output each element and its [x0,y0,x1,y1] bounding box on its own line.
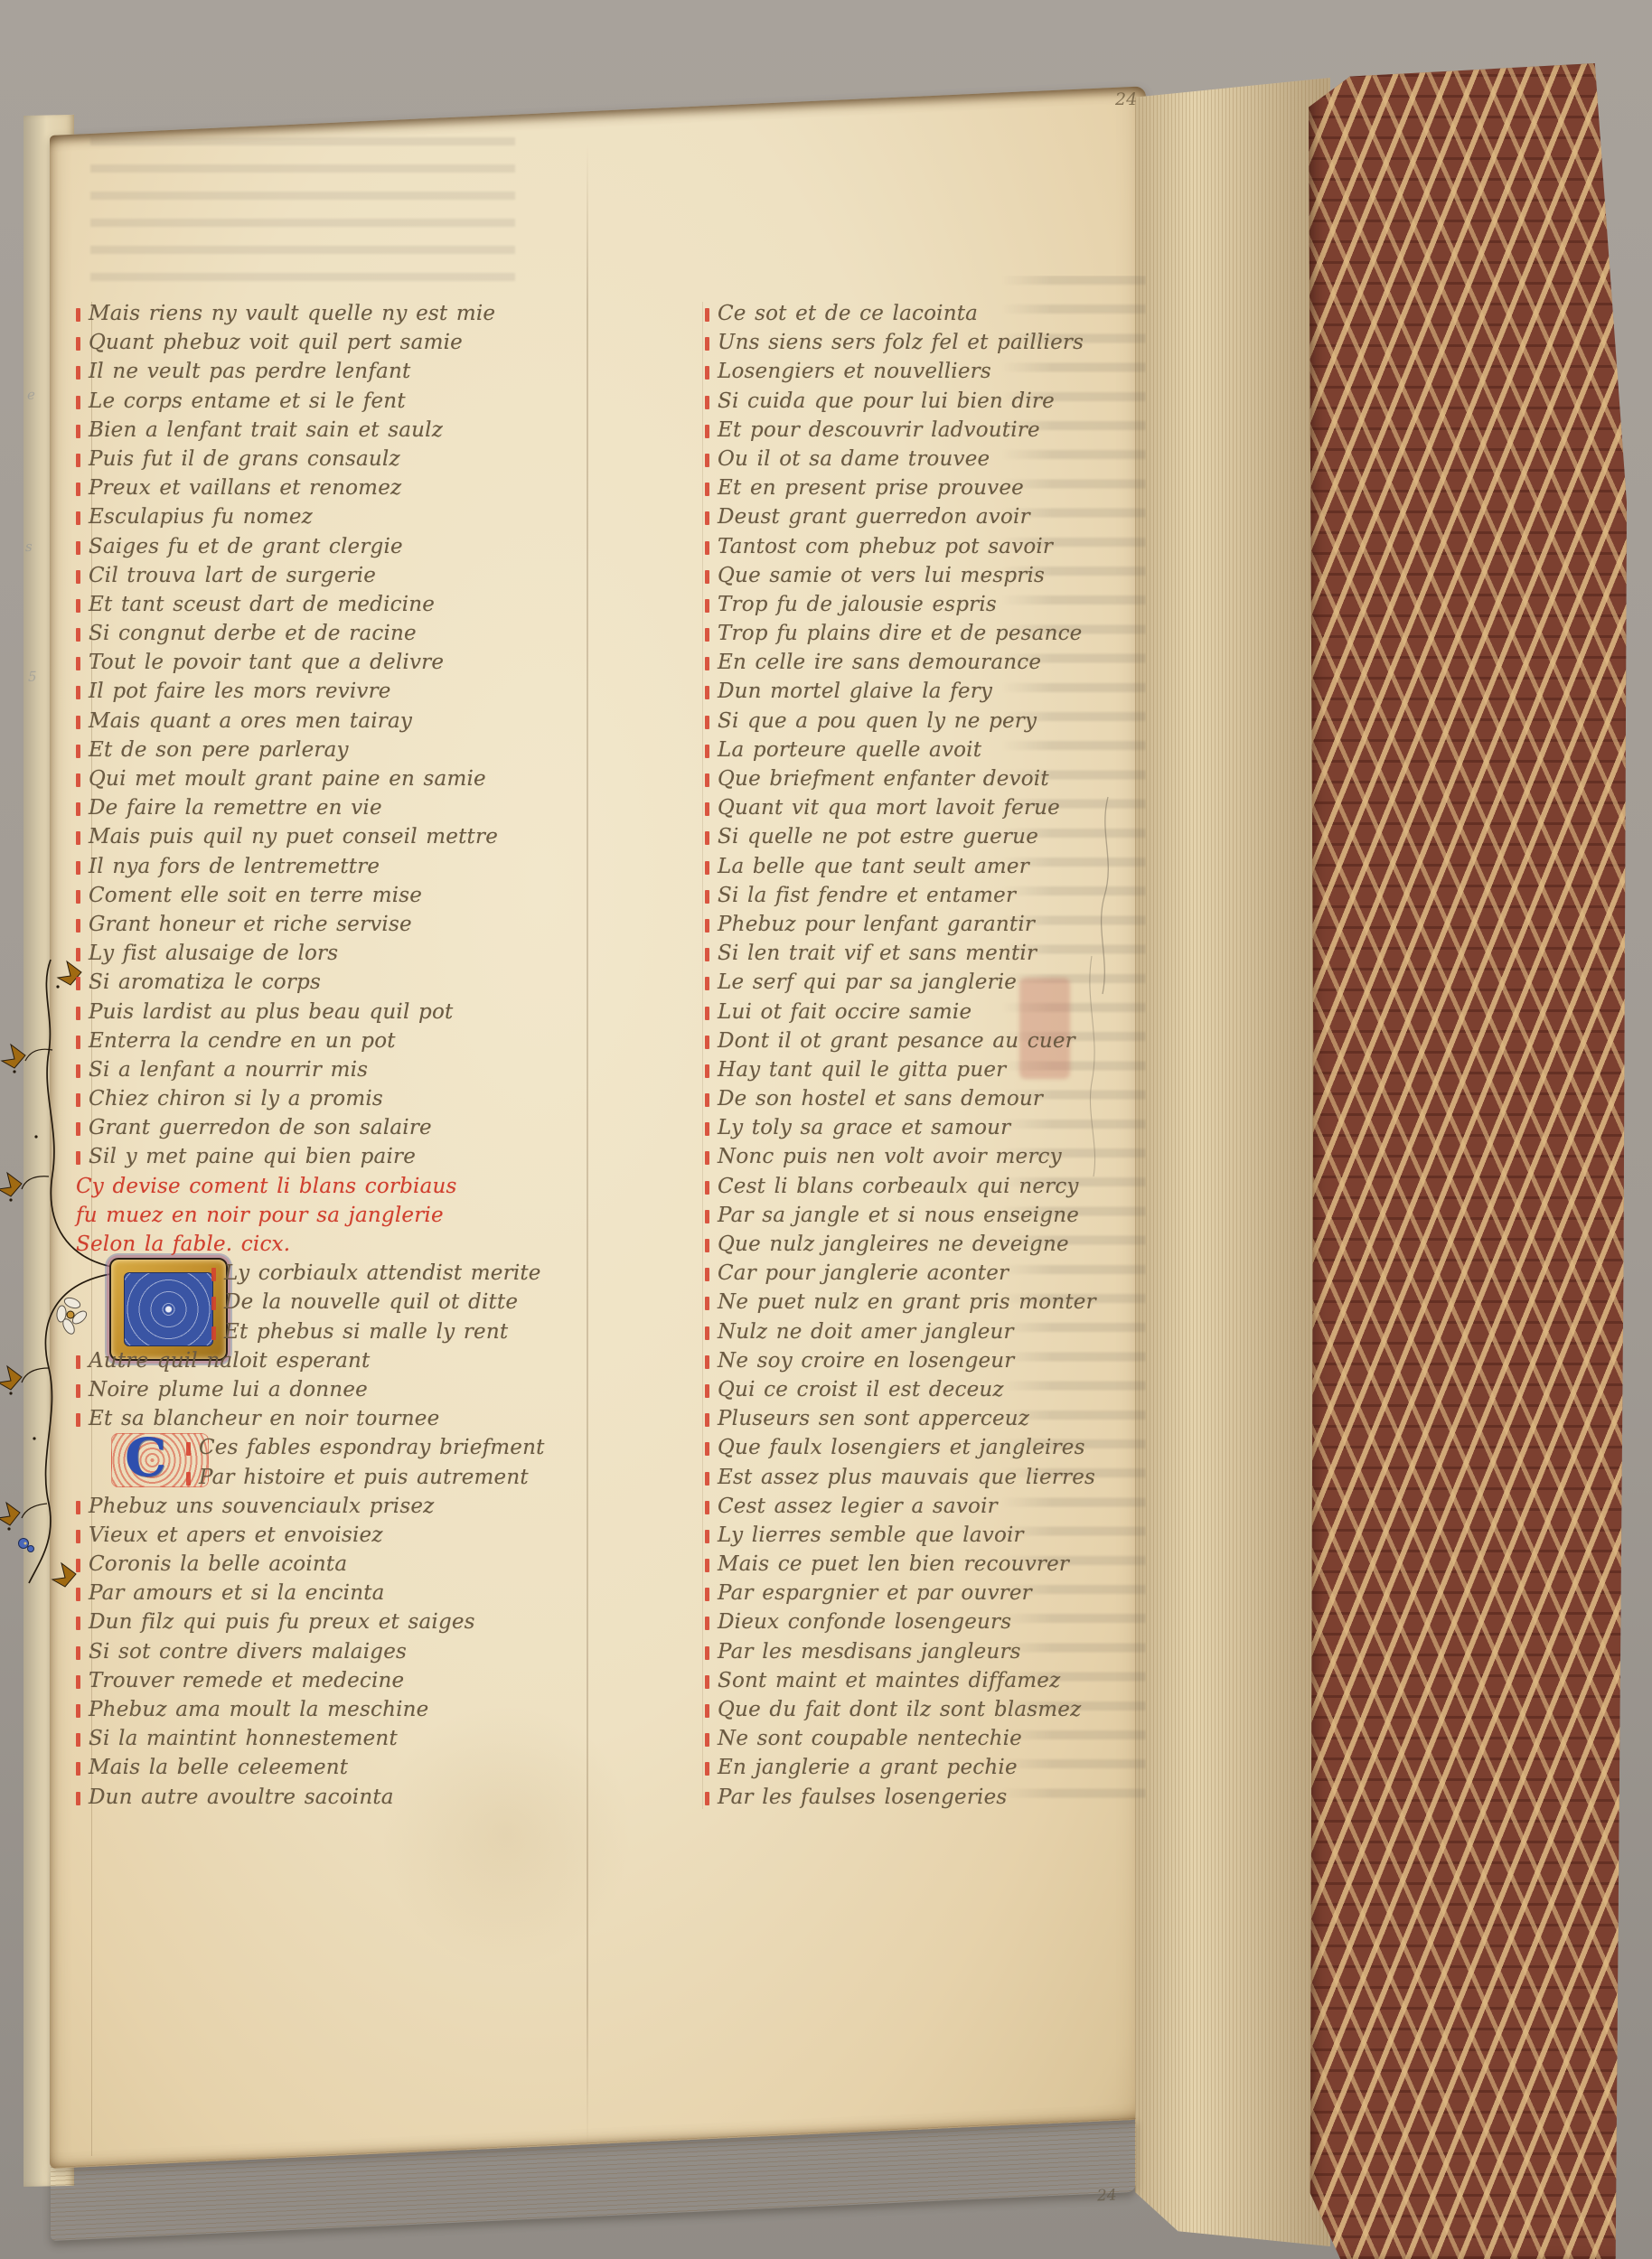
verse-line: Cest assez legier a savoir [705,1492,1103,1521]
verse-line: Qui met moult grant paine en samie [76,764,568,793]
ruling-line-right [702,302,703,1809]
verse-line: Lui ot fait occire samie [705,998,1103,1026]
verse-line: Si len trait vif et sans mentir [705,939,1103,968]
verse-line: Trop fu de jalousie espris [705,590,1103,619]
verse-line: Dont il ot grant pesance au cuer [705,1026,1103,1055]
verse-line: Par sa jangle et si nous enseigne [705,1201,1103,1230]
verse-line: Phebuz pour lenfant garantir [705,910,1103,939]
edge-mark: s [25,539,33,555]
verse-line: Ly lierres semble que lavoir [705,1521,1103,1550]
verse-line: Dun autre avoultre sacointa [76,1783,568,1812]
verse-line: Dun mortel glaive la fery [705,677,1103,706]
text-column-left: Mais riens ny vault quelle ny est mie Qu… [76,299,568,1812]
verse-line: Mais ce puet len bien recouvrer [705,1550,1103,1579]
verse-line: Si aromatiza le corps [76,968,568,997]
verse-line: Nonc puis nen volt avoir mercy [705,1142,1103,1171]
verse-line: Grant honeur et riche servise [76,910,568,939]
verse-line: Uns siens sers folz fel et pailliers [705,328,1103,357]
verse-line: Et phebus si malle ly rent [76,1317,568,1346]
verse-line: Si la fist fendre et entamer [705,881,1103,910]
verse-line: Saiges fu et de grant clergie [76,532,568,561]
verse-line: Chiez chiron si ly a promis [76,1084,568,1113]
verse-line: Que faulx losengiers et jangleires [705,1433,1103,1462]
verse-line: Mais puis quil ny puet conseil mettre [76,822,568,851]
verse-line: Si quelle ne pot estre guerue [705,822,1103,851]
verse-line: Preux et vaillans et renomez [76,473,568,502]
verse-line: fu muez en noir pour sa janglerie [76,1201,568,1230]
verse-line: Coment elle soit en terre mise [76,881,568,910]
verse-line: Si sot contre divers malaiges [76,1637,568,1666]
verse-line: Ne puet nulz en grant pris monter [705,1288,1103,1317]
verse-line: Ne soy croire en losengeur [705,1346,1103,1375]
verse-line: Sil y met paine qui bien paire [76,1142,568,1171]
verse-line: Si cuida que pour lui bien dire [705,387,1103,416]
folio-number-top: 24 [1115,89,1137,109]
verse-line: Ou il ot sa dame trouvee [705,445,1103,473]
verse-line: Si a lenfant a nourrir mis [76,1055,568,1084]
verse-line: Quant phebuz voit quil pert samie [76,328,568,357]
verse-line: Hay tant quil le gitta puer [705,1055,1103,1084]
verse-line: Mais quant a ores men tairay [76,707,568,736]
verse-line: Qui ce croist il est deceuz [705,1375,1103,1404]
verse-line: Ne sont coupable nentechie [705,1724,1103,1753]
verse-line: Que du fait dont ilz sont blasmez [705,1695,1103,1724]
verse-line: Cil trouva lart de surgerie [76,561,568,590]
verse-line: Phebuz uns souvenciaulx prisez [76,1492,568,1521]
fore-edge-page-stack [1135,78,1330,2246]
verse-line: Il nya fors de lentremettre [76,852,568,881]
verse-line: Mais la belle celeement [76,1753,568,1782]
verse-line: Car pour janglerie aconter [705,1259,1103,1288]
verse-line: Si la maintint honnestement [76,1724,568,1753]
verse-line: En celle ire sans demourance [705,648,1103,677]
blue-flower [19,1539,34,1552]
verse-line: Si congnut derbe et de racine [76,619,568,648]
verse-line: Puis lardist au plus beau quil pot [76,998,568,1026]
verse-line: Grant guerredon de son salaire [76,1113,568,1142]
verse-line: Ce sot et de ce lacointa [705,299,1103,328]
verse-line: Ly corbiaulx attendist merite [76,1259,568,1288]
verse-line: Deust grant guerredon avoir [705,502,1103,531]
verse-line: En janglerie a grant pechie [705,1753,1103,1782]
verse-line: Puis fut il de grans consaulz [76,445,568,473]
verse-line: Et de son pere parleray [76,736,568,764]
verse-line: La belle que tant seult amer [705,852,1103,881]
verse-line: Losengiers et nouvelliers [705,357,1103,386]
verse-line: Trouver remede et medecine [76,1666,568,1695]
text-column-right: Ce sot et de ce lacointa Uns siens sers … [705,299,1103,1812]
verse-line: Coronis la belle acointa [76,1550,568,1579]
verse-line: Le serf qui par sa janglerie [705,968,1103,997]
verse-line: Cy devise coment li blans corbiaus [76,1172,568,1201]
verse-line: Que briefment enfanter devoit [705,764,1103,793]
verse-line: Nulz ne doit amer jangleur [705,1317,1103,1346]
verse-line: De la nouvelle quil ot ditte [76,1288,568,1317]
verse-line: Si que a pou quen ly ne pery [705,707,1103,736]
verse-line: Que nulz jangleires ne deveigne [705,1230,1103,1259]
verse-line: Autre quil naloit esperant [76,1346,568,1375]
verse-line: Bien a lenfant trait sain et saulz [76,416,568,445]
verse-line: Ly fist alusaige de lors [76,939,568,968]
verse-line: Est assez plus mauvais que lierres [705,1463,1103,1492]
manuscript-photo: e s 5 24 24 [0,0,1652,2259]
verse-line: Par les faulses losengeries [705,1783,1103,1812]
verse-line: Ly toly sa grace et samour [705,1113,1103,1142]
verse-line: Et pour descouvrir ladvoutire [705,416,1103,445]
verse-line: Que samie ot vers lui mespris [705,561,1103,590]
verse-line: Le corps entame et si le fent [76,387,568,416]
verse-line: Par les mesdisans jangleurs [705,1637,1103,1666]
verse-line: Ces fables espondray briefment [76,1433,568,1462]
verse-line: Trop fu plains dire et de pesance [705,619,1103,648]
verse-line: Et sa blancheur en noir tournee [76,1404,568,1433]
folio-number-bottom: 24 [1096,2186,1117,2205]
verse-line: Quant vit qua mort lavoit ferue [705,793,1103,822]
verse-line: Sont maint et maintes diffamez [705,1666,1103,1695]
verse-line: Cest li blans corbeaulx qui nercy [705,1172,1103,1201]
verse-line: Et tant sceust dart de medicine [76,590,568,619]
verse-line: Il pot faire les mors revivre [76,677,568,706]
verse-line: Esculapius fu nomez [76,502,568,531]
verse-line: Tout le povoir tant que a delivre [76,648,568,677]
verse-line: Par espargnier et par ouvrer [705,1579,1103,1608]
verse-line: Par amours et si la encinta [76,1579,568,1608]
verse-line: Tantost com phebuz pot savoir [705,532,1103,561]
verse-line: Dun filz qui puis fu preux et saiges [76,1608,568,1636]
edge-mark: e [27,387,35,403]
verse-line: Et en present prise prouvee [705,473,1103,502]
binding-cover-chevron-pattern [1309,63,1627,2259]
verse-line: Selon la fable. cicx. [76,1230,568,1259]
verse-line: De faire la remettre en vie [76,793,568,822]
verse-line: Par histoire et puis autrement [76,1463,568,1492]
verse-line: Il ne veult pas perdre lenfant [76,357,568,386]
verse-line: Enterra la cendre en un pot [76,1026,568,1055]
verse-line: Noire plume lui a donnee [76,1375,568,1404]
verse-line: Phebuz ama moult la meschine [76,1695,568,1724]
verse-line: Mais riens ny vault quelle ny est mie [76,299,568,328]
verse-line: Vieux et apers et envoisiez [76,1521,568,1550]
verse-line: La porteure quelle avoit [705,736,1103,764]
verse-line: De son hostel et sans demour [705,1084,1103,1113]
edge-mark: 5 [28,669,37,685]
verse-line: Dieux confonde losengeurs [705,1608,1103,1636]
verse-line: Pluseurs sen sont apperceuz [705,1404,1103,1433]
